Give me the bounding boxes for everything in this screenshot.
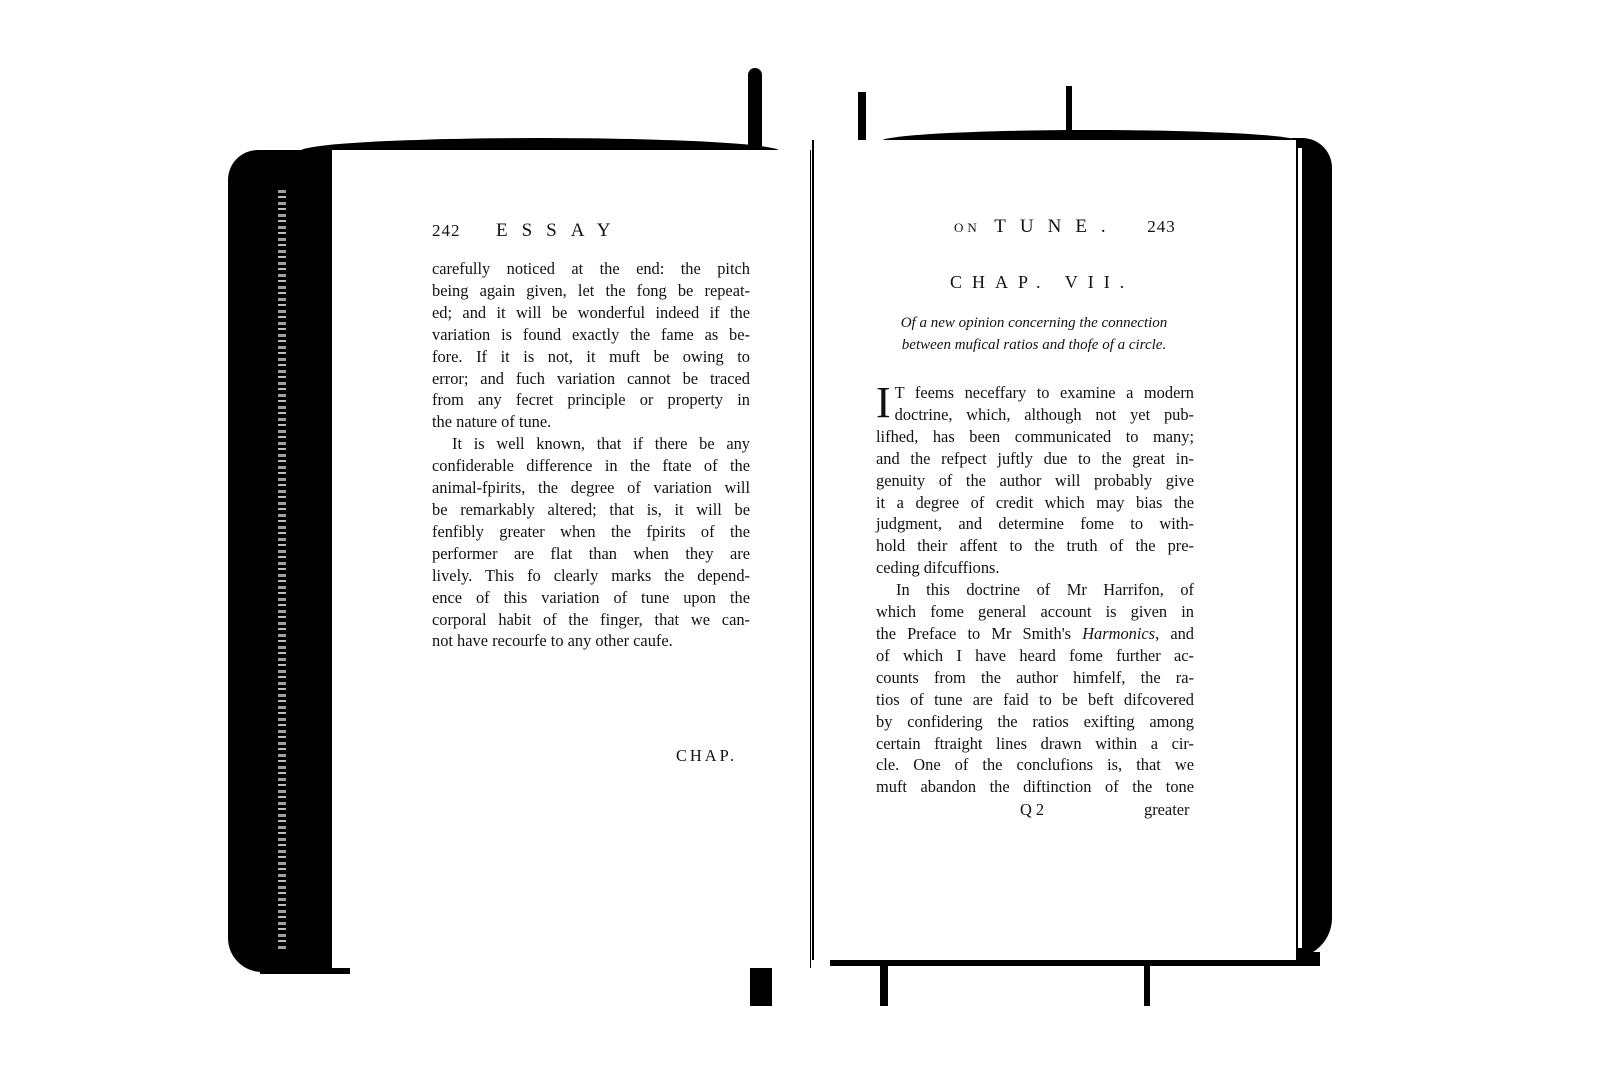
running-head-right: ON TUNE. 243 [954, 216, 1176, 238]
text-line: certain ftraight lines drawn within a ci… [876, 733, 1194, 755]
running-title: ESSAY [496, 220, 624, 241]
text-line: fenfibly greater when the fpirits of the [432, 521, 750, 543]
text-line: fore. If it is not, it muft be owing to [432, 346, 750, 368]
text-line: not have recourfe to any other caufe. [432, 630, 750, 652]
ribbon-bottom-3 [1144, 960, 1150, 1006]
ribbon-top-2 [858, 92, 866, 144]
catchword: greater [1144, 800, 1190, 820]
ribbon-top-1 [748, 68, 762, 152]
left-body-text: carefully noticed at the end: the pitch … [432, 258, 750, 652]
text-line: lively. This fo clearly marks the depend… [432, 565, 750, 587]
text-line: carefully noticed at the end: the pitch [432, 258, 750, 280]
ribbon-top-3 [1066, 86, 1072, 140]
text-line: the nature of tune. [432, 411, 750, 433]
drop-cap: I [876, 384, 891, 422]
text-line: animal-fpirits, the degree of variation … [432, 477, 750, 499]
ribbon-bottom-2 [880, 960, 888, 1006]
text-line: doctrine, which, although not yet pub- [876, 404, 1194, 426]
right-body-text: I T feems neceffary to examine a modern … [876, 382, 1194, 798]
text-line: cle. One of the conclufions is, that we [876, 754, 1194, 776]
page-number: 242 [432, 221, 461, 240]
ribbon-bottom-1 [750, 962, 772, 1006]
text-line: T feems neceffary to examine a modern [876, 382, 1194, 404]
text-line: corporal habit of the finger, that we ca… [432, 609, 750, 631]
text-line: It is well known, that if there be any [432, 433, 750, 455]
running-title: TUNE. [994, 216, 1119, 237]
running-head-left: 242 ESSAY [432, 220, 624, 242]
text-line: from any fecret principle or property in [432, 389, 750, 411]
text-line: muft abandon the diftinction of the tone [876, 776, 1194, 798]
text-line: tios of tune are faid to be beft difcove… [876, 689, 1194, 711]
text-line: In this doctrine of Mr Harrifon, of [876, 579, 1194, 601]
text-line: judgment, and determine fome to with- [876, 513, 1194, 535]
text-line: confiderable difference in the ftate of … [432, 455, 750, 477]
subtitle-line: between mufical ratios and thofe of a ci… [864, 334, 1204, 356]
text-line: which fome general account is given in [876, 601, 1194, 623]
text-line: performer are flat than when they are [432, 543, 750, 565]
text-span: , and [1155, 624, 1194, 643]
running-title-prefix: ON [954, 220, 981, 235]
page-stack-streak [278, 190, 286, 950]
text-line: it a degree of credit which may bias the [876, 492, 1194, 514]
text-line: by confidering the ratios exifting among [876, 711, 1194, 733]
text-line: ed; and it will be wonderful indeed if t… [432, 302, 750, 324]
text-line: counts from the author himfelf, the ra- [876, 667, 1194, 689]
text-line: variation is found exactly the fame as b… [432, 324, 750, 346]
text-line: be remarkably altered; that is, it will … [432, 499, 750, 521]
text-line: error; and fuch variation cannot be trac… [432, 368, 750, 390]
text-line: genuity of the author will probably give [876, 470, 1194, 492]
text-line: hold their affent to the truth of the pr… [876, 535, 1194, 557]
text-line: ence of this variation of tune upon the [432, 587, 750, 609]
italic-title: Harmonics [1082, 624, 1155, 643]
text-line: the Preface to Mr Smith's Harmonics, and [876, 623, 1194, 645]
text-line: of which I have heard fome further ac- [876, 645, 1194, 667]
subtitle-line: Of a new opinion concerning the connecti… [864, 312, 1204, 334]
left-page: 242 ESSAY carefully noticed at the end: … [332, 150, 811, 968]
page-gap [1298, 148, 1302, 948]
right-page: ON TUNE. 243 CHAP. VII. Of a new opinion… [812, 140, 1296, 960]
catchword: CHAP. [676, 746, 737, 766]
page-number: 243 [1147, 217, 1176, 236]
text-line: and the refpect juftly due to the great … [876, 448, 1194, 470]
book-left-edge [228, 150, 346, 972]
text-span: the Preface to Mr Smith's [876, 624, 1082, 643]
text-line: being again given, let the fong be repea… [432, 280, 750, 302]
chapter-subtitle: Of a new opinion concerning the connecti… [864, 312, 1204, 356]
text-line: ceding difcuffions. [876, 557, 1194, 579]
signature-mark: Q 2 [1020, 800, 1044, 820]
chapter-heading: CHAP. VII. [950, 272, 1134, 293]
text-line: lifhed, has been communicated to many; [876, 426, 1194, 448]
book-right-edge [1292, 138, 1332, 958]
